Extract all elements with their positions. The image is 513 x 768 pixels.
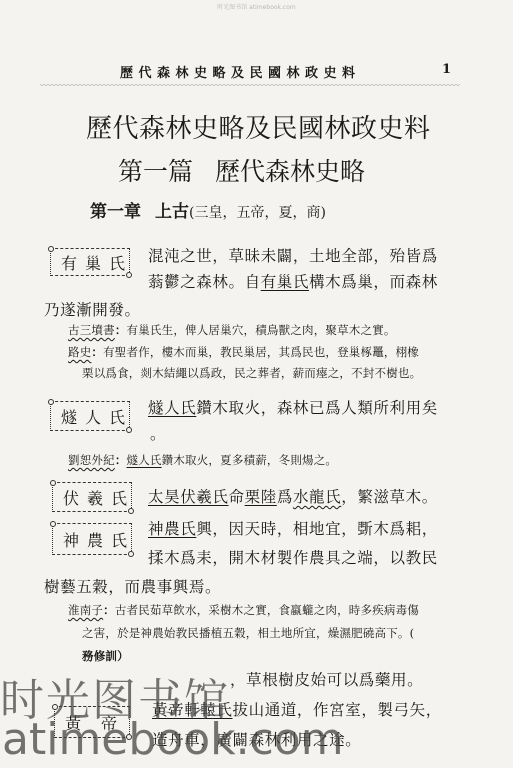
watermark-overlay-url: atimebook.com	[2, 714, 344, 765]
part-title: 第一篇歷代森林史略	[118, 152, 365, 188]
underlined-name: 燧人氏	[148, 399, 196, 417]
watermark-top: 时光图书馆 atimebook.com	[0, 2, 513, 11]
note-line: 之害，於是神農始教民播植五穀，相土地所宜，燥濕肥磽高下。(	[82, 625, 414, 641]
note-line: 栗以爲食，剡木結繩以爲政，民之葬者，薪而瘞之，不封不樹也。	[82, 365, 421, 381]
section-label-shennong: 神農氏	[52, 523, 132, 555]
section-label-fuxi: 伏羲氏	[52, 482, 132, 512]
underlined-name: 有巢氏	[261, 273, 309, 291]
note-line: 務修訓）	[82, 648, 129, 664]
section-label-suiren: 燧人氏	[50, 401, 130, 431]
body-line: 蓊鬱之森林。自有巢氏構木爲巢，而森林	[148, 270, 438, 292]
body-line: 神農氏興，因天時，相地宜，斲木爲耜，	[148, 517, 438, 539]
body-line: 。	[150, 422, 166, 444]
running-head: 歷代森林史略及民國林政史料	[120, 62, 380, 81]
body-line: 揉木爲耒，開木材製作農具之端，以教民	[148, 546, 438, 568]
note-source: 古三墳書	[68, 323, 115, 337]
body-line: 太昊伏羲氏命栗陸爲水龍氏，繁滋草木。	[148, 485, 438, 507]
note-text: 古者民茹草飲水，采樹木之實，食蠃蠬之肉，時多疾病毒傷	[115, 603, 419, 617]
book-title: 歷代森林史略及民國林政史料	[86, 108, 446, 145]
note-source: 劉恕外紀	[68, 453, 115, 467]
body-line: 樹藝五穀，而農事興焉。	[44, 575, 221, 597]
part-name: 歷代森林史略	[215, 157, 365, 186]
document-page: 时光图书馆 atimebook.com 歷代森林史略及民國林政史料 1 歷代森林…	[0, 0, 513, 768]
chapter-title: 第一章上古(三皇，五帝，夏，商)	[90, 197, 326, 222]
note-line: 古三墳書：有巢氏生，俾人居巢穴，積鳥獸之肉，聚草木之實。	[68, 322, 396, 338]
chapter-label: 第一章	[90, 202, 141, 222]
part-label: 第一篇	[118, 157, 193, 186]
note-text: 有巢氏生，俾人居巢穴，積鳥獸之肉，聚草木之實。	[127, 323, 396, 337]
body-line: ，草根樹皮始可以爲藥用。	[230, 668, 423, 690]
chapter-subtitle: (三皇，五帝，夏，商)	[189, 205, 326, 221]
section-label-youchao: 有巢氏	[50, 248, 130, 276]
note-line: 路史：有聖者作，樓木而巢，教民巢居，其爲民也，登巢椓鼉，栩橡	[68, 344, 419, 360]
note-source: 淮南子	[68, 603, 103, 617]
body-line: 乃遂漸開發。	[44, 298, 141, 320]
header-rule	[40, 84, 460, 87]
page-number: 1	[442, 62, 451, 77]
body-line: 混沌之世，草昧未闢，土地全部，殆皆爲	[148, 244, 438, 266]
chapter-name: 上古	[155, 202, 189, 222]
note-source: 路史	[68, 345, 91, 359]
note-text: 有聖者作，樓木而巢，教民巢居，其爲民也，登巢椓鼉，栩橡	[103, 345, 419, 359]
note-line: 劉恕外紀：燧人氏鑽木取火，夏多積薪，冬則煬之。	[68, 452, 337, 468]
body-line: 燧人氏鑽木取火，森林已爲人類所利用矣	[148, 396, 438, 418]
note-line: 淮南子：古者民茹草飲水，采樹木之實，食蠃蠬之肉，時多疾病毒傷	[68, 602, 419, 618]
